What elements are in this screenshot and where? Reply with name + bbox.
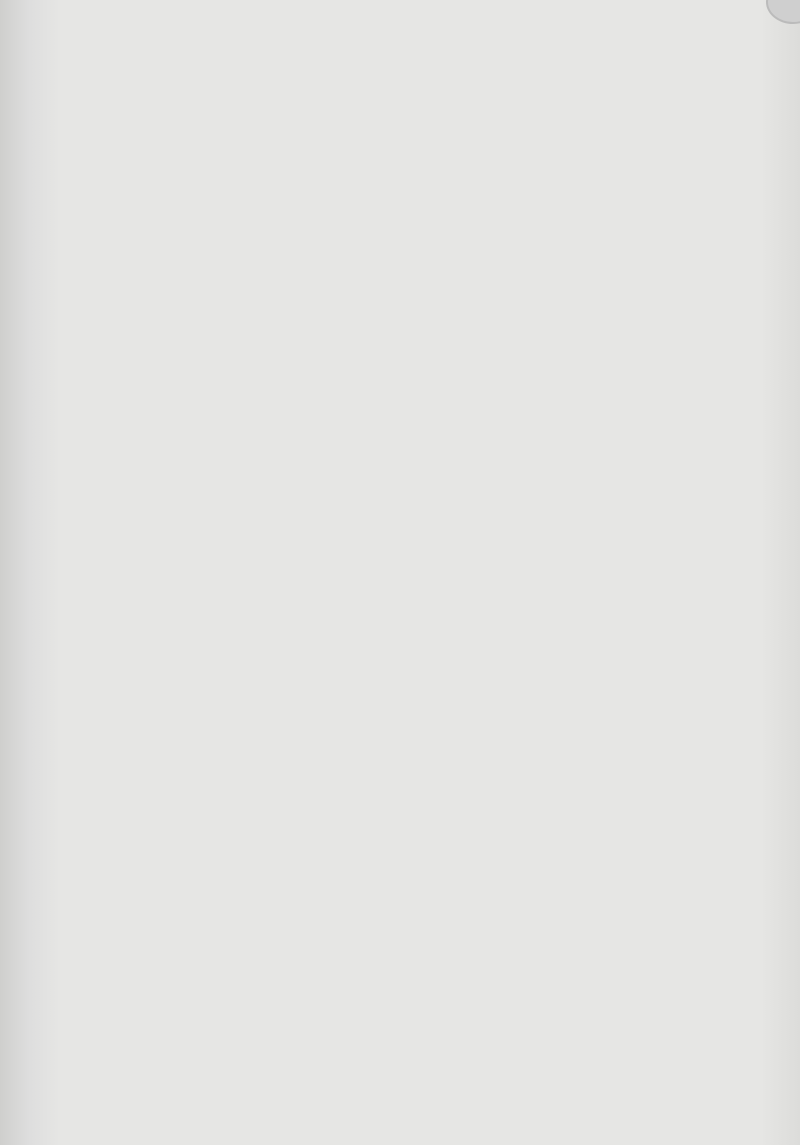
textbook-page (0, 0, 800, 1145)
page-corner-decoration (766, 0, 800, 24)
